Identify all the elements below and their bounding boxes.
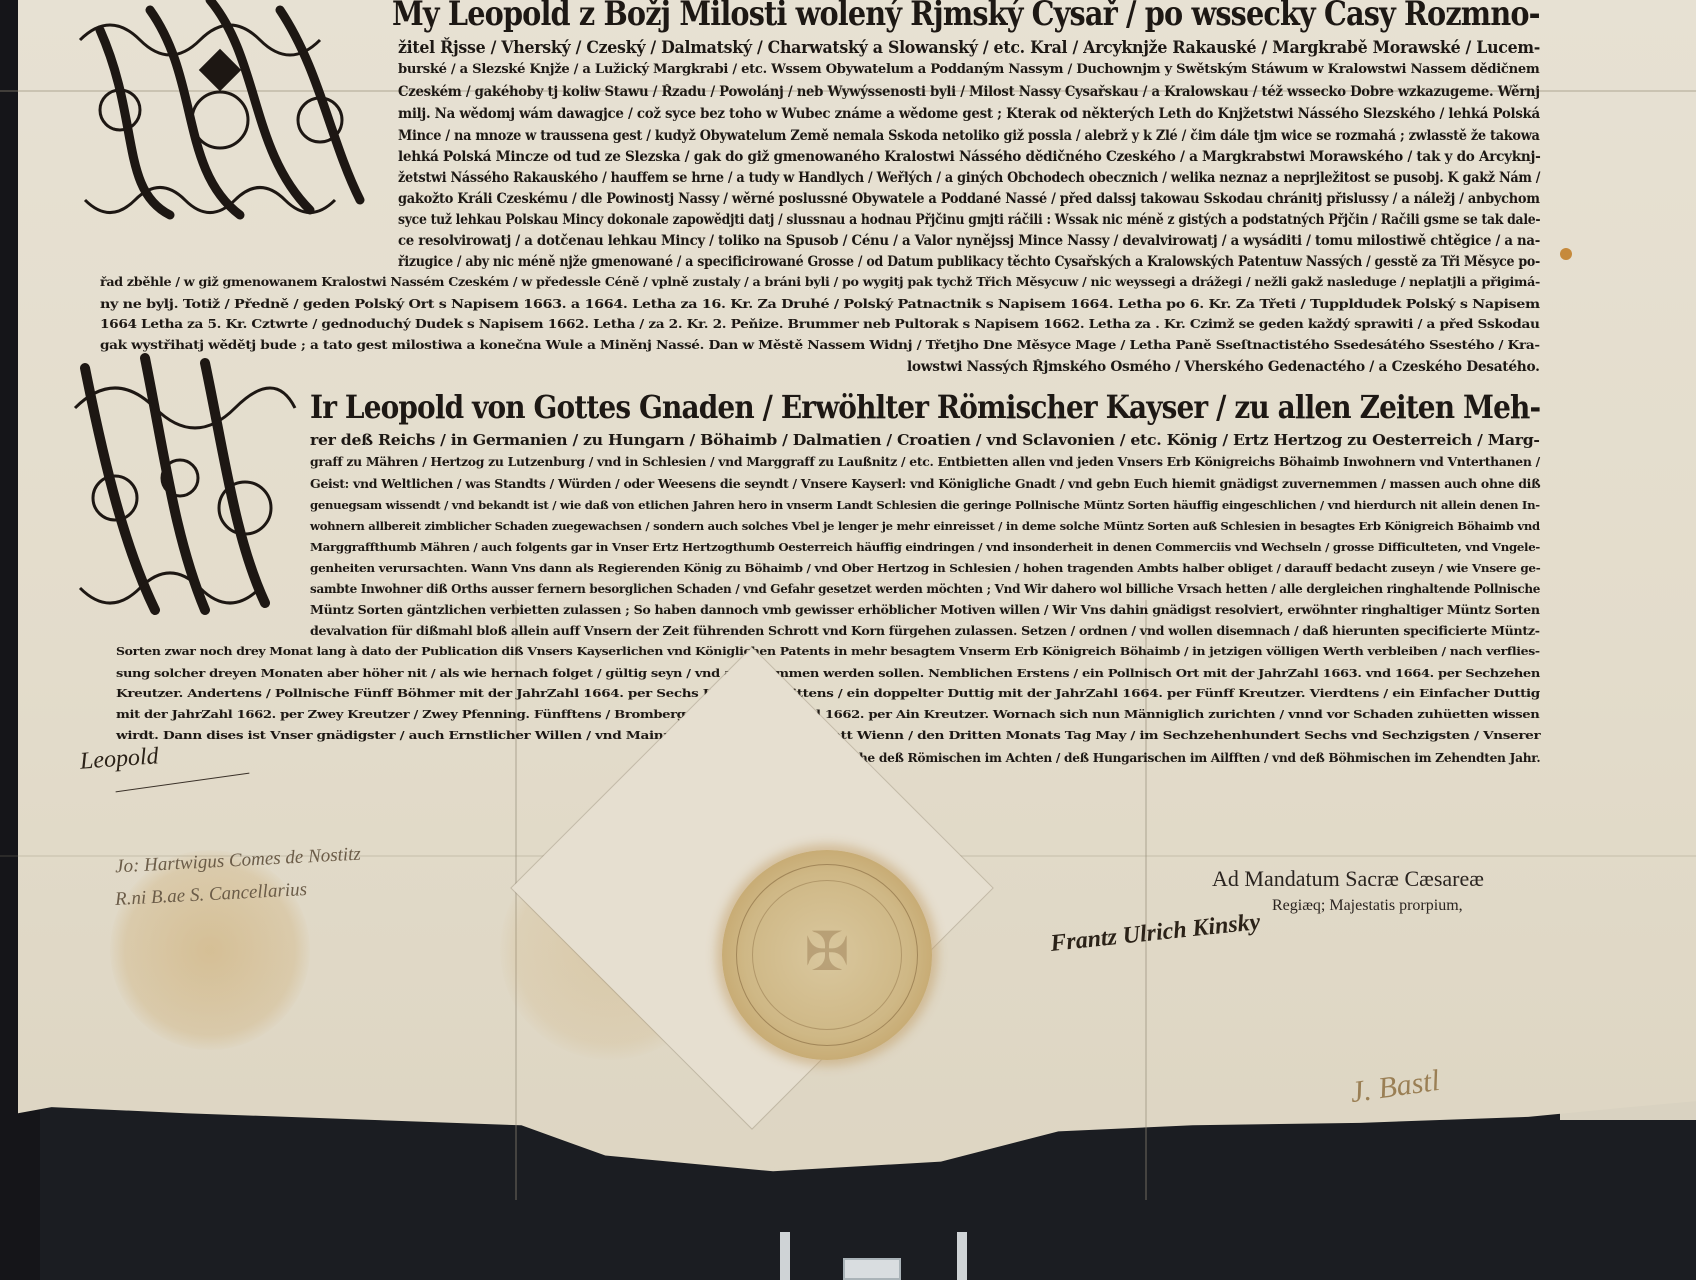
german-line: Kreutzer. Andertens / Pollnische Fünff B… bbox=[116, 687, 1540, 700]
czech-line: lowstwi Nassých Řjmského Osmého / Vhersk… bbox=[907, 359, 1540, 375]
czech-line: žetstwi Nássého Rakauského / hauffem se … bbox=[398, 170, 1540, 186]
german-line: wohnern allbereit zimblicher Schaden zue… bbox=[310, 519, 1540, 533]
german-line: sung solcher dreyen Monaten aber höher n… bbox=[116, 666, 1540, 680]
double-eagle-icon: ✠ bbox=[722, 920, 932, 983]
latin-attestation-line2: Regiæq; Majestatis prorpium, bbox=[1272, 897, 1463, 915]
display-stand-leg bbox=[780, 1232, 790, 1280]
czech-line: 1664 Letha za 5. Kr. Cztwrte / gednoduch… bbox=[100, 317, 1540, 331]
german-line: Müntz Sorten gäntzlichen verbietten zula… bbox=[310, 603, 1540, 617]
czech-line: Czeském / gakéhoby tj koliw Stawu / Řzad… bbox=[398, 84, 1540, 100]
latin-attestation-line1: Ad Mandatum Sacræ Cæsareæ bbox=[1212, 866, 1484, 892]
german-line: mit der JahrZahl 1662. per Zwey Kreutzer… bbox=[116, 708, 1539, 721]
czech-line: žitel Řjsse / Vherský / Czeský / Dalmats… bbox=[398, 38, 1540, 58]
czech-line: Mince / na mnoze w traussena gest / kudy… bbox=[398, 128, 1540, 144]
czech-headline: My Leopold z Božj Milosti wolený Řjmský … bbox=[392, 0, 1540, 34]
czech-line: ce resolvirowatj / a dotčenau lehkau Min… bbox=[398, 233, 1540, 249]
german-line: Marggraffthumb Mähren / auch folgents ga… bbox=[310, 540, 1540, 554]
emperor-signature: Leopold bbox=[79, 743, 159, 775]
wax-seal: ✠ bbox=[722, 850, 932, 1060]
flourish-icon bbox=[60, 0, 375, 232]
czech-line: lehká Polská Mincze od tud ze Slezska / … bbox=[398, 149, 1540, 165]
czech-line: řad zběhle / w giž gmenowanem Kralostwi … bbox=[100, 275, 1540, 289]
czech-line: syce tuž lehkau Polskau Mincy dokonale z… bbox=[398, 212, 1540, 228]
czech-line: burské / a Slezské Knjže / a Lužický Mar… bbox=[398, 62, 1539, 77]
czech-line: milj. Na wědomj wám dawagjce / což syce … bbox=[398, 106, 1540, 122]
german-line: devalvation für dißmahl bloß allein auff… bbox=[310, 624, 1540, 638]
german-line: sambte Inwohner diß Orths ausser fernern… bbox=[310, 582, 1540, 596]
german-headline: Ir Leopold von Gottes Gnaden / Erwöhlter… bbox=[310, 388, 1540, 426]
german-line: Geist: vnd Weltlichen / was Standts / Wü… bbox=[310, 477, 1540, 491]
czech-line: řizugice / aby nic méně njže gmenowané /… bbox=[398, 254, 1540, 270]
german-line: genuegsam wissendt / vnd bekandt ist / w… bbox=[310, 498, 1540, 512]
german-line: Reiche deß Römischen im Achten / deß Hun… bbox=[830, 750, 1540, 765]
ornamental-initial-m bbox=[60, 0, 375, 232]
flourish-icon bbox=[65, 348, 300, 620]
german-line: rer deß Reichs / in Germanien / zu Hunga… bbox=[310, 431, 1540, 449]
stain-dot bbox=[1560, 248, 1572, 260]
german-line: genheiten verursachten. Wann Vns dann al… bbox=[310, 561, 1540, 575]
german-line: graff zu Mähren / Hertzog zu Lutzenburg … bbox=[310, 455, 1540, 469]
german-line: Sorten zwar noch drey Monat lang à dato … bbox=[116, 645, 1540, 658]
czech-line: gakožto Králi Czeskému / dle Powinostj N… bbox=[398, 191, 1540, 207]
display-stand-leg bbox=[957, 1232, 967, 1280]
display-stand-label bbox=[843, 1258, 901, 1280]
ornamental-initial-w bbox=[65, 348, 300, 620]
czech-line: ny ne bylj. Totiž / Předně / geden Polsk… bbox=[100, 296, 1540, 311]
czech-line: gak wystřihatj wědětj bude ; a tato gest… bbox=[100, 338, 1540, 352]
